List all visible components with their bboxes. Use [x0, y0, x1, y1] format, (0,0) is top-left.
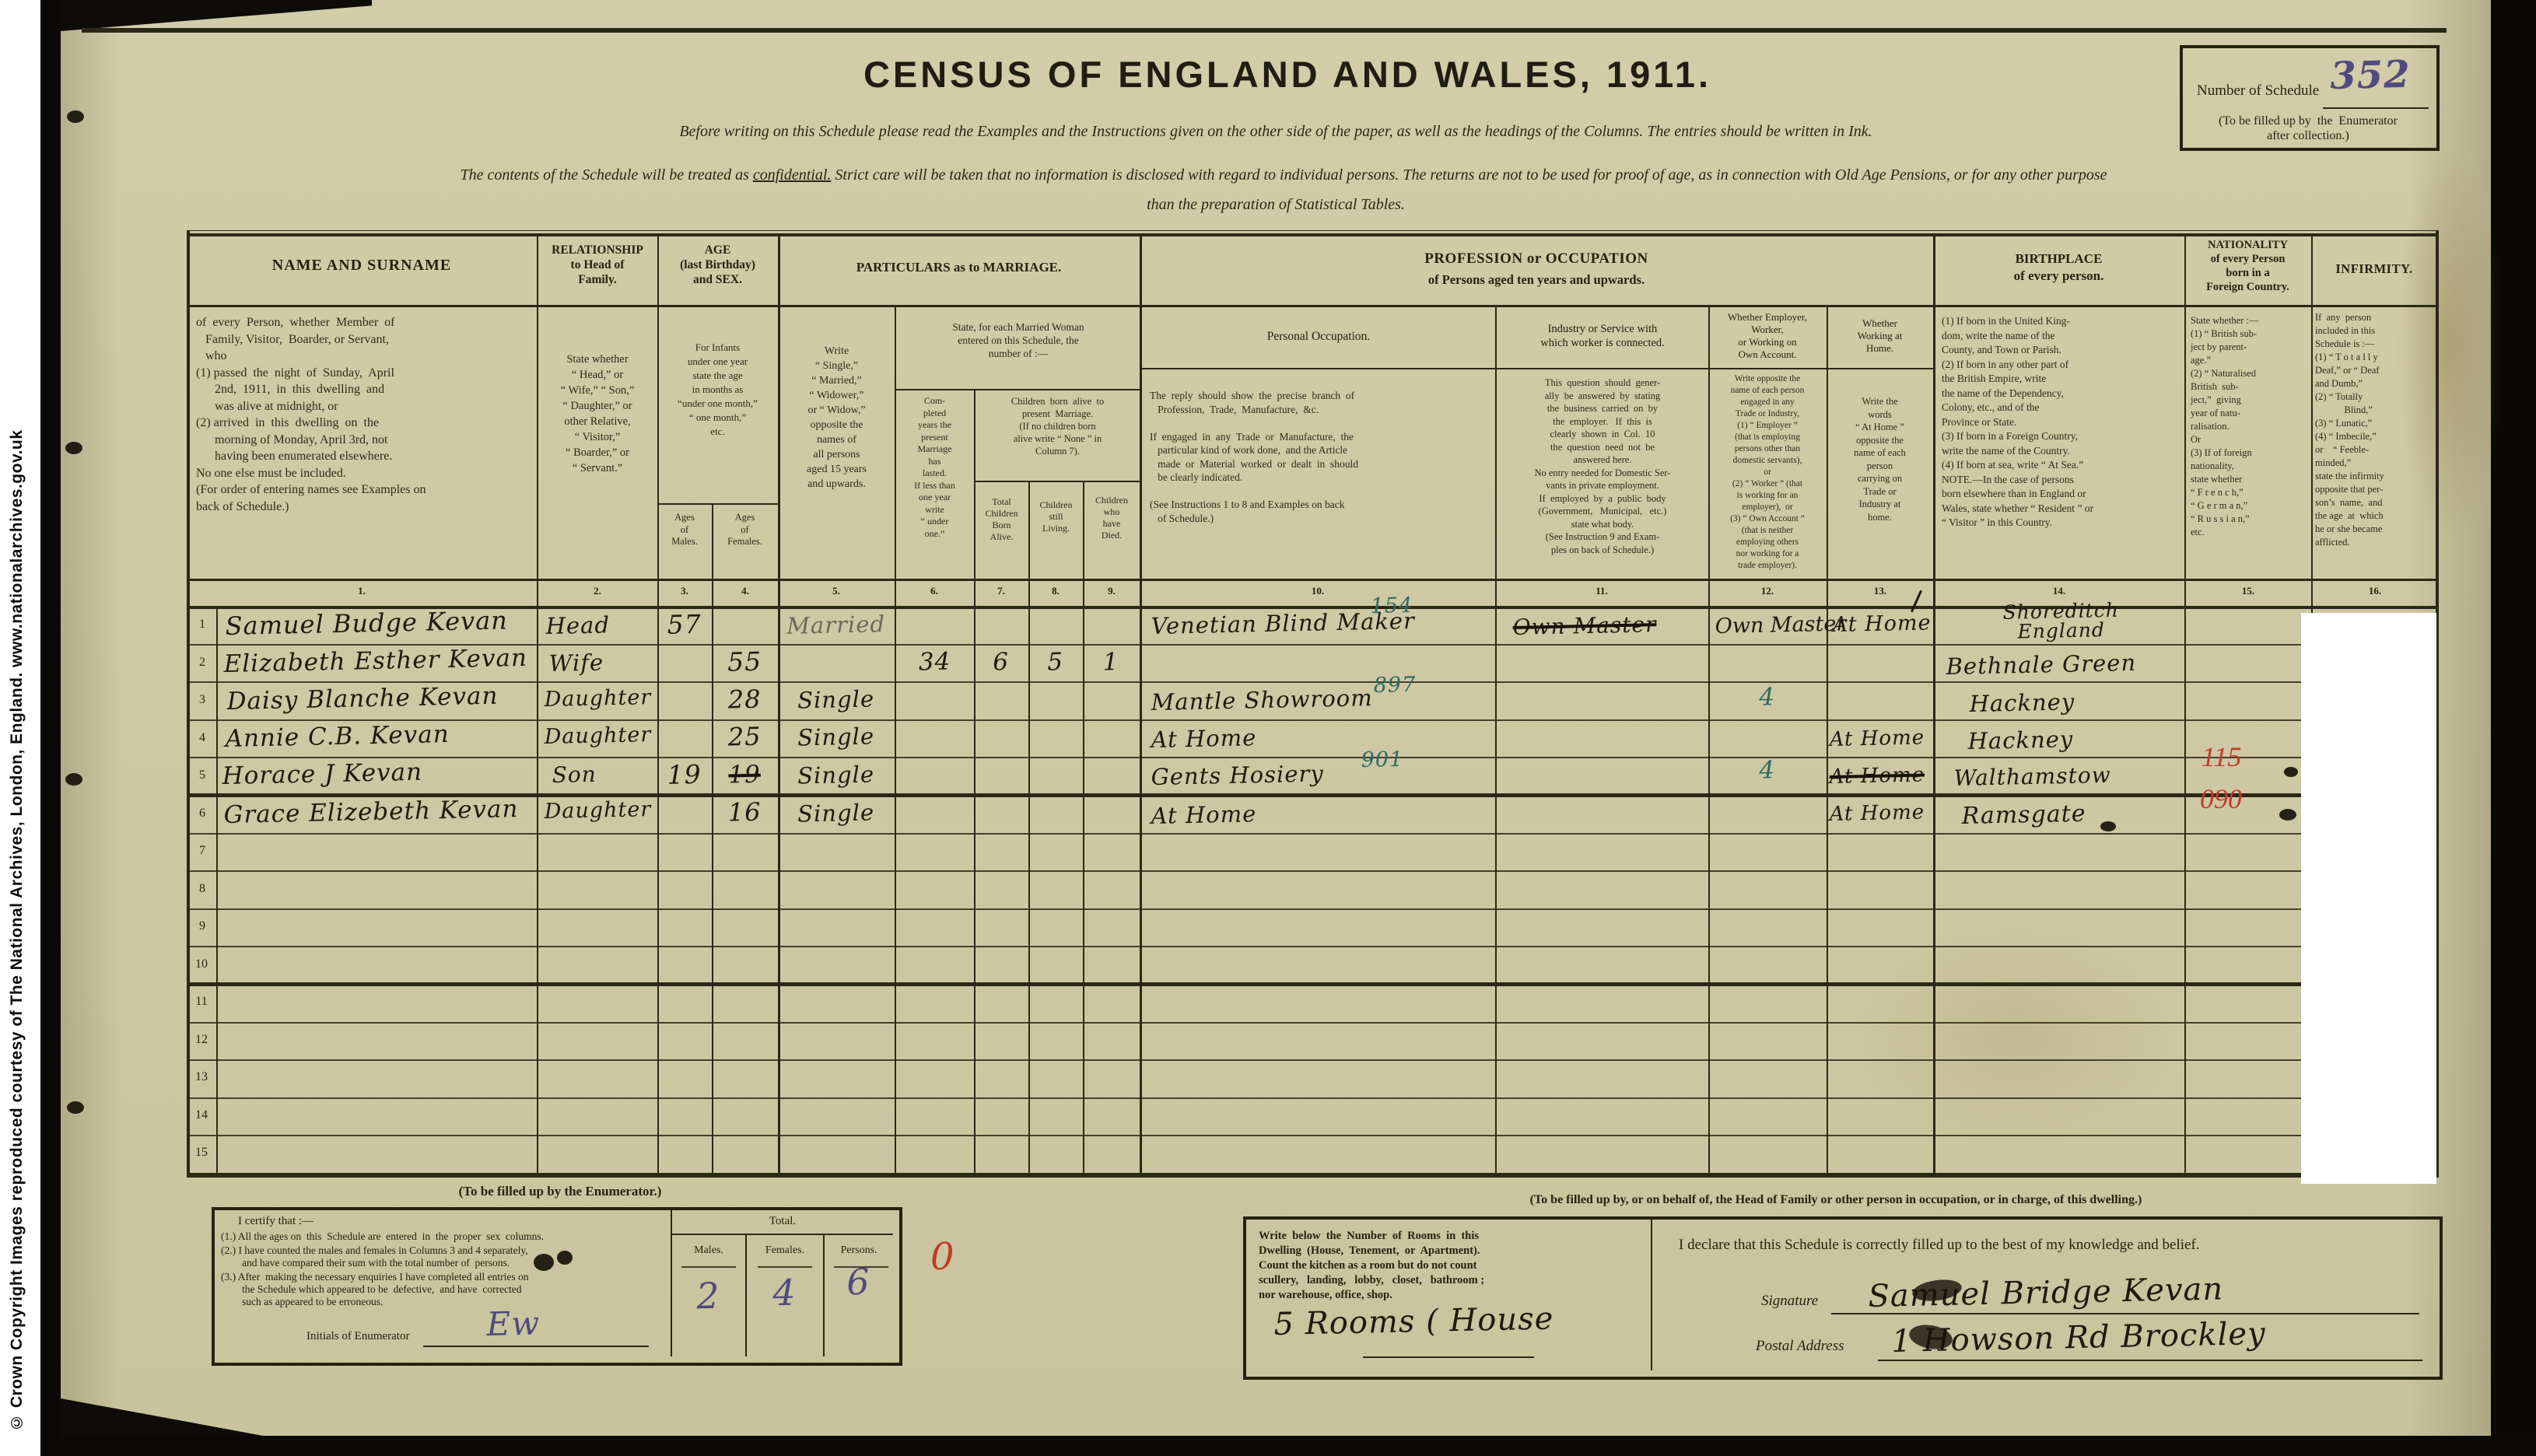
note-athome: Write the words “ At Home ” opposite the…	[1828, 395, 1932, 523]
row-number: 13	[187, 1070, 216, 1084]
note-industry: This question should gener- ally be answ…	[1500, 376, 1705, 556]
punch-hole	[67, 1101, 84, 1114]
masthead-rule	[82, 28, 2447, 33]
row-line	[188, 1059, 2437, 1061]
instruction2-pre: The contents of the Schedule will be tre…	[460, 166, 752, 184]
census-scan-page: { "colors":{"paper":"#d0caa7","ink":"#26…	[0, 0, 2536, 1456]
row-number: 14	[187, 1108, 216, 1122]
col-num-8: 8.	[1025, 585, 1087, 597]
grid-line	[672, 1234, 893, 1235]
grid-line	[1651, 1220, 1652, 1370]
rooms-value: 5 Rooms ( House	[1273, 1300, 1554, 1342]
persons-label: Persons.	[825, 1244, 893, 1257]
col-group-profession-title: PROFESSION or OCCUPATION	[1144, 250, 1929, 268]
certify-clause-2: (2.) I have counted the males and female…	[221, 1244, 664, 1269]
ink-blot	[2279, 809, 2296, 821]
col-num-7: 7.	[970, 585, 1032, 597]
enumerator-box: I certify that :— (1.) All the ages on t…	[212, 1207, 902, 1366]
entry-own-account: Own Master	[1715, 611, 1846, 639]
entry-age-female: 16	[711, 796, 778, 828]
declaration-box: Write below the Number of Rooms in this …	[1243, 1216, 2443, 1380]
entry-marital-status: Single	[777, 761, 895, 789]
entry-occupation-code: 901	[1361, 747, 1403, 772]
entry-relationship: Head	[545, 611, 610, 639]
entry-relationship: Son	[552, 761, 597, 788]
certify-intro: I certify that :—	[238, 1215, 313, 1228]
declaration-section-label: (To be filled up by, or on behalf of, th…	[1260, 1193, 2412, 1207]
entry-own-account: 4	[1708, 682, 1827, 712]
schedule-number-value: 352	[2330, 53, 2411, 98]
ink-blot	[534, 1254, 554, 1271]
grid-line	[187, 579, 2439, 581]
note-children-died: Children who have Died.	[1084, 495, 1139, 541]
instruction2-post: Strict care will be taken that no inform…	[831, 166, 2107, 184]
copyright-strip: © Crown Copyright Images reproduced cour…	[0, 0, 40, 1456]
entry-occupation: Gents Hosiery	[1151, 760, 1324, 790]
rooms-note: Write below the Number of Rooms in this …	[1259, 1229, 1645, 1303]
row-number: 8	[190, 882, 215, 896]
grid-line	[187, 305, 2439, 307]
col-num-10: 10.	[1287, 585, 1349, 597]
row-number: 2	[190, 656, 215, 670]
entry-marital-status: Single	[777, 685, 895, 714]
col-num-9: 9.	[1081, 585, 1143, 597]
row-number: 11	[187, 995, 216, 1009]
persons-value: 6	[824, 1260, 893, 1304]
entry-age-female: 28	[711, 684, 778, 715]
certify-clause-1: (1.) All the ages on this Schedule are e…	[221, 1230, 664, 1243]
row-number: 1	[190, 618, 215, 632]
entry-age-struck: 19	[711, 760, 778, 789]
entry-name: Daisy Blanche Kevan	[226, 682, 499, 716]
instruction-line-3: than the preparation of Statistical Tabl…	[264, 196, 2287, 214]
col-num-15: 15.	[2217, 585, 2279, 597]
entry-occupation: At Home	[1151, 800, 1256, 829]
note-name: of every Person, whether Member of Famil…	[196, 314, 532, 515]
row-number: 3	[190, 693, 215, 707]
note-ages-males: Ages of Males.	[658, 512, 711, 548]
row-line	[188, 681, 2437, 683]
scan-edge-bottom	[40, 1436, 2536, 1456]
punch-hole	[65, 442, 82, 454]
note-relationship: State whether “ Head,” or “ Wife,” “ Son…	[538, 352, 657, 476]
row-line	[188, 757, 2437, 758]
entry-marital-status: Single	[777, 799, 895, 828]
initials-value: Ew	[486, 1304, 541, 1343]
entry-at-home: At Home	[1829, 763, 1925, 789]
enumerator-section-label: (To be filled up by the Enumerator.)	[335, 1184, 786, 1199]
grid-line	[681, 1266, 736, 1268]
note-nationality: State whether :— (1) “ British sub- ject…	[2191, 314, 2307, 539]
entry-name: Samuel Budge Kevan	[225, 605, 508, 641]
col-group-profession-subtitle: of Persons aged ten years and upwards.	[1144, 272, 1929, 288]
initials-label: Initials of Enumerator	[306, 1330, 409, 1343]
col-group-birthplace: BIRTHPLACE of every person.	[1937, 250, 2180, 285]
subhead-employer: Whether Employer, Worker, or Working on …	[1710, 311, 1825, 361]
entry-own-account: 4	[1708, 755, 1827, 786]
grid-line	[1495, 305, 1497, 1173]
ink-blot	[2100, 821, 2116, 831]
initials-line	[423, 1346, 649, 1347]
row-line	[188, 719, 2437, 721]
entry-relationship: Daughter	[544, 797, 651, 824]
entry-children-died: 1	[1084, 648, 1138, 677]
note-children: Children born alive to present Marriage.…	[976, 395, 1139, 457]
note-children-living: Children still Living.	[1030, 499, 1082, 534]
entry-birthplace: Ramsgate	[1961, 800, 2086, 830]
col-num-2: 2.	[566, 585, 629, 597]
col-group-infirmity: INFIRMITY.	[2313, 261, 2436, 277]
postal-line	[1878, 1360, 2422, 1361]
col-num-6: 6.	[903, 585, 965, 597]
col-group-nationality: NATIONALITY of every Person born in a Fo…	[2186, 238, 2310, 294]
entry-occupation-code: 154	[1370, 593, 1413, 618]
entry-at-home: At Home	[1829, 800, 1925, 826]
punch-hole	[67, 110, 84, 123]
stray-zero: 0	[930, 1235, 955, 1279]
copyright-text: © Crown Copyright Images reproduced cour…	[8, 31, 26, 1431]
entry-age-male: 57	[657, 609, 712, 640]
row-line-thick	[188, 982, 2437, 986]
entry-relationship: Daughter	[544, 723, 651, 749]
col-num-3: 3.	[653, 585, 716, 597]
row-line	[188, 833, 2437, 835]
entry-name: Annie C.B. Kevan	[225, 720, 450, 753]
col-num-13: 13.	[1849, 585, 1911, 597]
entry-age-female: 55	[711, 646, 778, 677]
females-label: Females.	[747, 1244, 823, 1257]
note-infirmity: If any person included in this Schedule …	[2315, 311, 2433, 549]
grid-line	[712, 503, 713, 1173]
note-write-single: Write “ Single,” “ Married,” “ Widower,”…	[779, 344, 894, 492]
col-num-16: 16.	[2344, 585, 2406, 597]
row-number: 9	[190, 919, 215, 933]
row-number: 12	[187, 1033, 216, 1047]
entry-birthplace: Shoreditch England	[1960, 600, 2163, 642]
entry-marital-status: Single	[777, 723, 895, 751]
note-birthplace: (1) If born in the United King- dom, wri…	[1942, 314, 2179, 530]
col-num-11: 11.	[1571, 585, 1633, 597]
page-title: CENSUS OF ENGLAND AND WALES, 1911.	[490, 53, 2085, 96]
entry-occupation: At Home	[1151, 724, 1256, 753]
note-employer: Write opposite the name of each person e…	[1710, 373, 1825, 572]
subhead-personal: Personal Occupation.	[1144, 330, 1494, 344]
grid-line	[895, 389, 1140, 390]
entry-children-living: 5	[1029, 648, 1081, 677]
row-line	[188, 1097, 2437, 1099]
row-line	[188, 1135, 2437, 1136]
note-children-total: Total Children Born Alive.	[976, 496, 1028, 543]
instruction2-confidential: confidential.	[753, 166, 832, 184]
row-number: 6	[190, 807, 215, 821]
schedule-number-label: Number of Schedule	[2197, 82, 2319, 100]
row-number: 4	[190, 731, 215, 745]
row-line	[188, 908, 2437, 910]
row-line	[188, 946, 2437, 947]
entry-age-female: 25	[711, 721, 778, 752]
entry-marital-status: Married	[777, 611, 895, 639]
redaction-block	[2301, 613, 2436, 1184]
schedule-number-line	[2323, 107, 2429, 109]
grid-line	[657, 503, 778, 505]
ink-blot	[2284, 767, 2298, 777]
col-group-name: NAME AND SURNAME	[194, 257, 529, 275]
subhead-industry: Industry or Service with which worker is…	[1498, 322, 1707, 350]
entry-industry: Own Master	[1512, 611, 1656, 640]
note-ages-females: Ages of Females.	[713, 512, 777, 548]
row-number: 5	[190, 768, 215, 782]
grid-line	[1933, 233, 1935, 1173]
certify-clause-3: (3.) After making the necessary enquirie…	[221, 1271, 664, 1308]
row-number: 7	[190, 844, 215, 858]
females-value: 4	[746, 1271, 823, 1314]
entry-children-born: 6	[975, 648, 1027, 677]
entry-name: Horace J Kevan	[222, 758, 422, 790]
col-num-4: 4.	[714, 585, 776, 597]
note-age: For Infants under one year state the age…	[658, 341, 777, 439]
row-number: 15	[187, 1146, 216, 1160]
grid-line	[1140, 368, 1933, 369]
subhead-athome: Whether Working at Home.	[1828, 317, 1932, 355]
row-line	[188, 870, 2437, 872]
entry-occupation-code: 897	[1373, 673, 1416, 698]
row-line	[188, 1022, 2437, 1024]
postal-label: Postal Address	[1756, 1338, 1844, 1355]
signature-label: Signature	[1761, 1293, 1818, 1310]
grid-line	[1140, 233, 1142, 1173]
entry-occupation: Mantle Showroom	[1151, 684, 1373, 716]
entry-birthplace: Hackney	[1967, 726, 2073, 754]
entry-birthplace: Walthamstow	[1953, 762, 2111, 791]
col-group-marriage: PARTICULARS as to MARRIAGE.	[782, 260, 1136, 275]
entry-at-home: At Home	[1829, 726, 1925, 751]
entry-ref-number: 115	[2201, 740, 2241, 773]
row-line-thick	[188, 793, 2437, 797]
col-num-12: 12.	[1736, 585, 1799, 597]
entry-relationship: Daughter	[544, 685, 651, 712]
grid-line	[758, 1266, 812, 1268]
grid-line	[216, 606, 218, 1173]
row-number: 10	[187, 957, 216, 971]
grid-line	[974, 481, 1140, 482]
males-value: 2	[671, 1274, 745, 1318]
entry-years-married: 34	[898, 647, 971, 677]
entry-birthplace: Hackney	[1969, 688, 2075, 717]
entry-relationship: Wife	[548, 649, 604, 677]
col-group-relationship: RELATIONSHIP to Head of Family.	[538, 243, 657, 287]
scan-edge-left	[40, 0, 61, 1456]
paper-stain	[1851, 918, 2178, 1151]
col-num-5: 5.	[805, 585, 867, 597]
col-group-age: AGE (last Birthday) and SEX.	[659, 243, 776, 287]
entry-ref-number: 090	[2200, 782, 2242, 815]
grid-line	[187, 230, 2439, 231]
males-label: Males.	[672, 1244, 745, 1257]
declare-text: I declare that this Schedule is correctl…	[1679, 1237, 2426, 1254]
punch-hole	[65, 773, 82, 786]
note-married-woman: State, for each Married Woman entered on…	[898, 320, 1139, 360]
entry-birthplace: Bethnale Green	[1946, 649, 2136, 680]
entry-at-home: At Home	[1832, 611, 1931, 637]
note-completed-years: Com- pleted years the present Marriage h…	[896, 395, 973, 540]
instruction-line-1: Before writing on this Schedule please r…	[264, 123, 2287, 141]
note-personal: The reply should show the precise branch…	[1150, 389, 1490, 525]
grid-line	[187, 1173, 2439, 1178]
grid-line	[2184, 233, 2186, 1173]
col-num-1: 1.	[331, 585, 393, 597]
grid-line	[187, 233, 2439, 236]
entry-age-male: 19	[657, 759, 712, 790]
total-label: Total.	[672, 1215, 893, 1228]
instruction-line-2: The contents of the Schedule will be tre…	[194, 166, 2373, 184]
rooms-underline	[1363, 1356, 1534, 1358]
ink-blot	[557, 1251, 573, 1265]
col-num-14: 14.	[2028, 585, 2090, 597]
